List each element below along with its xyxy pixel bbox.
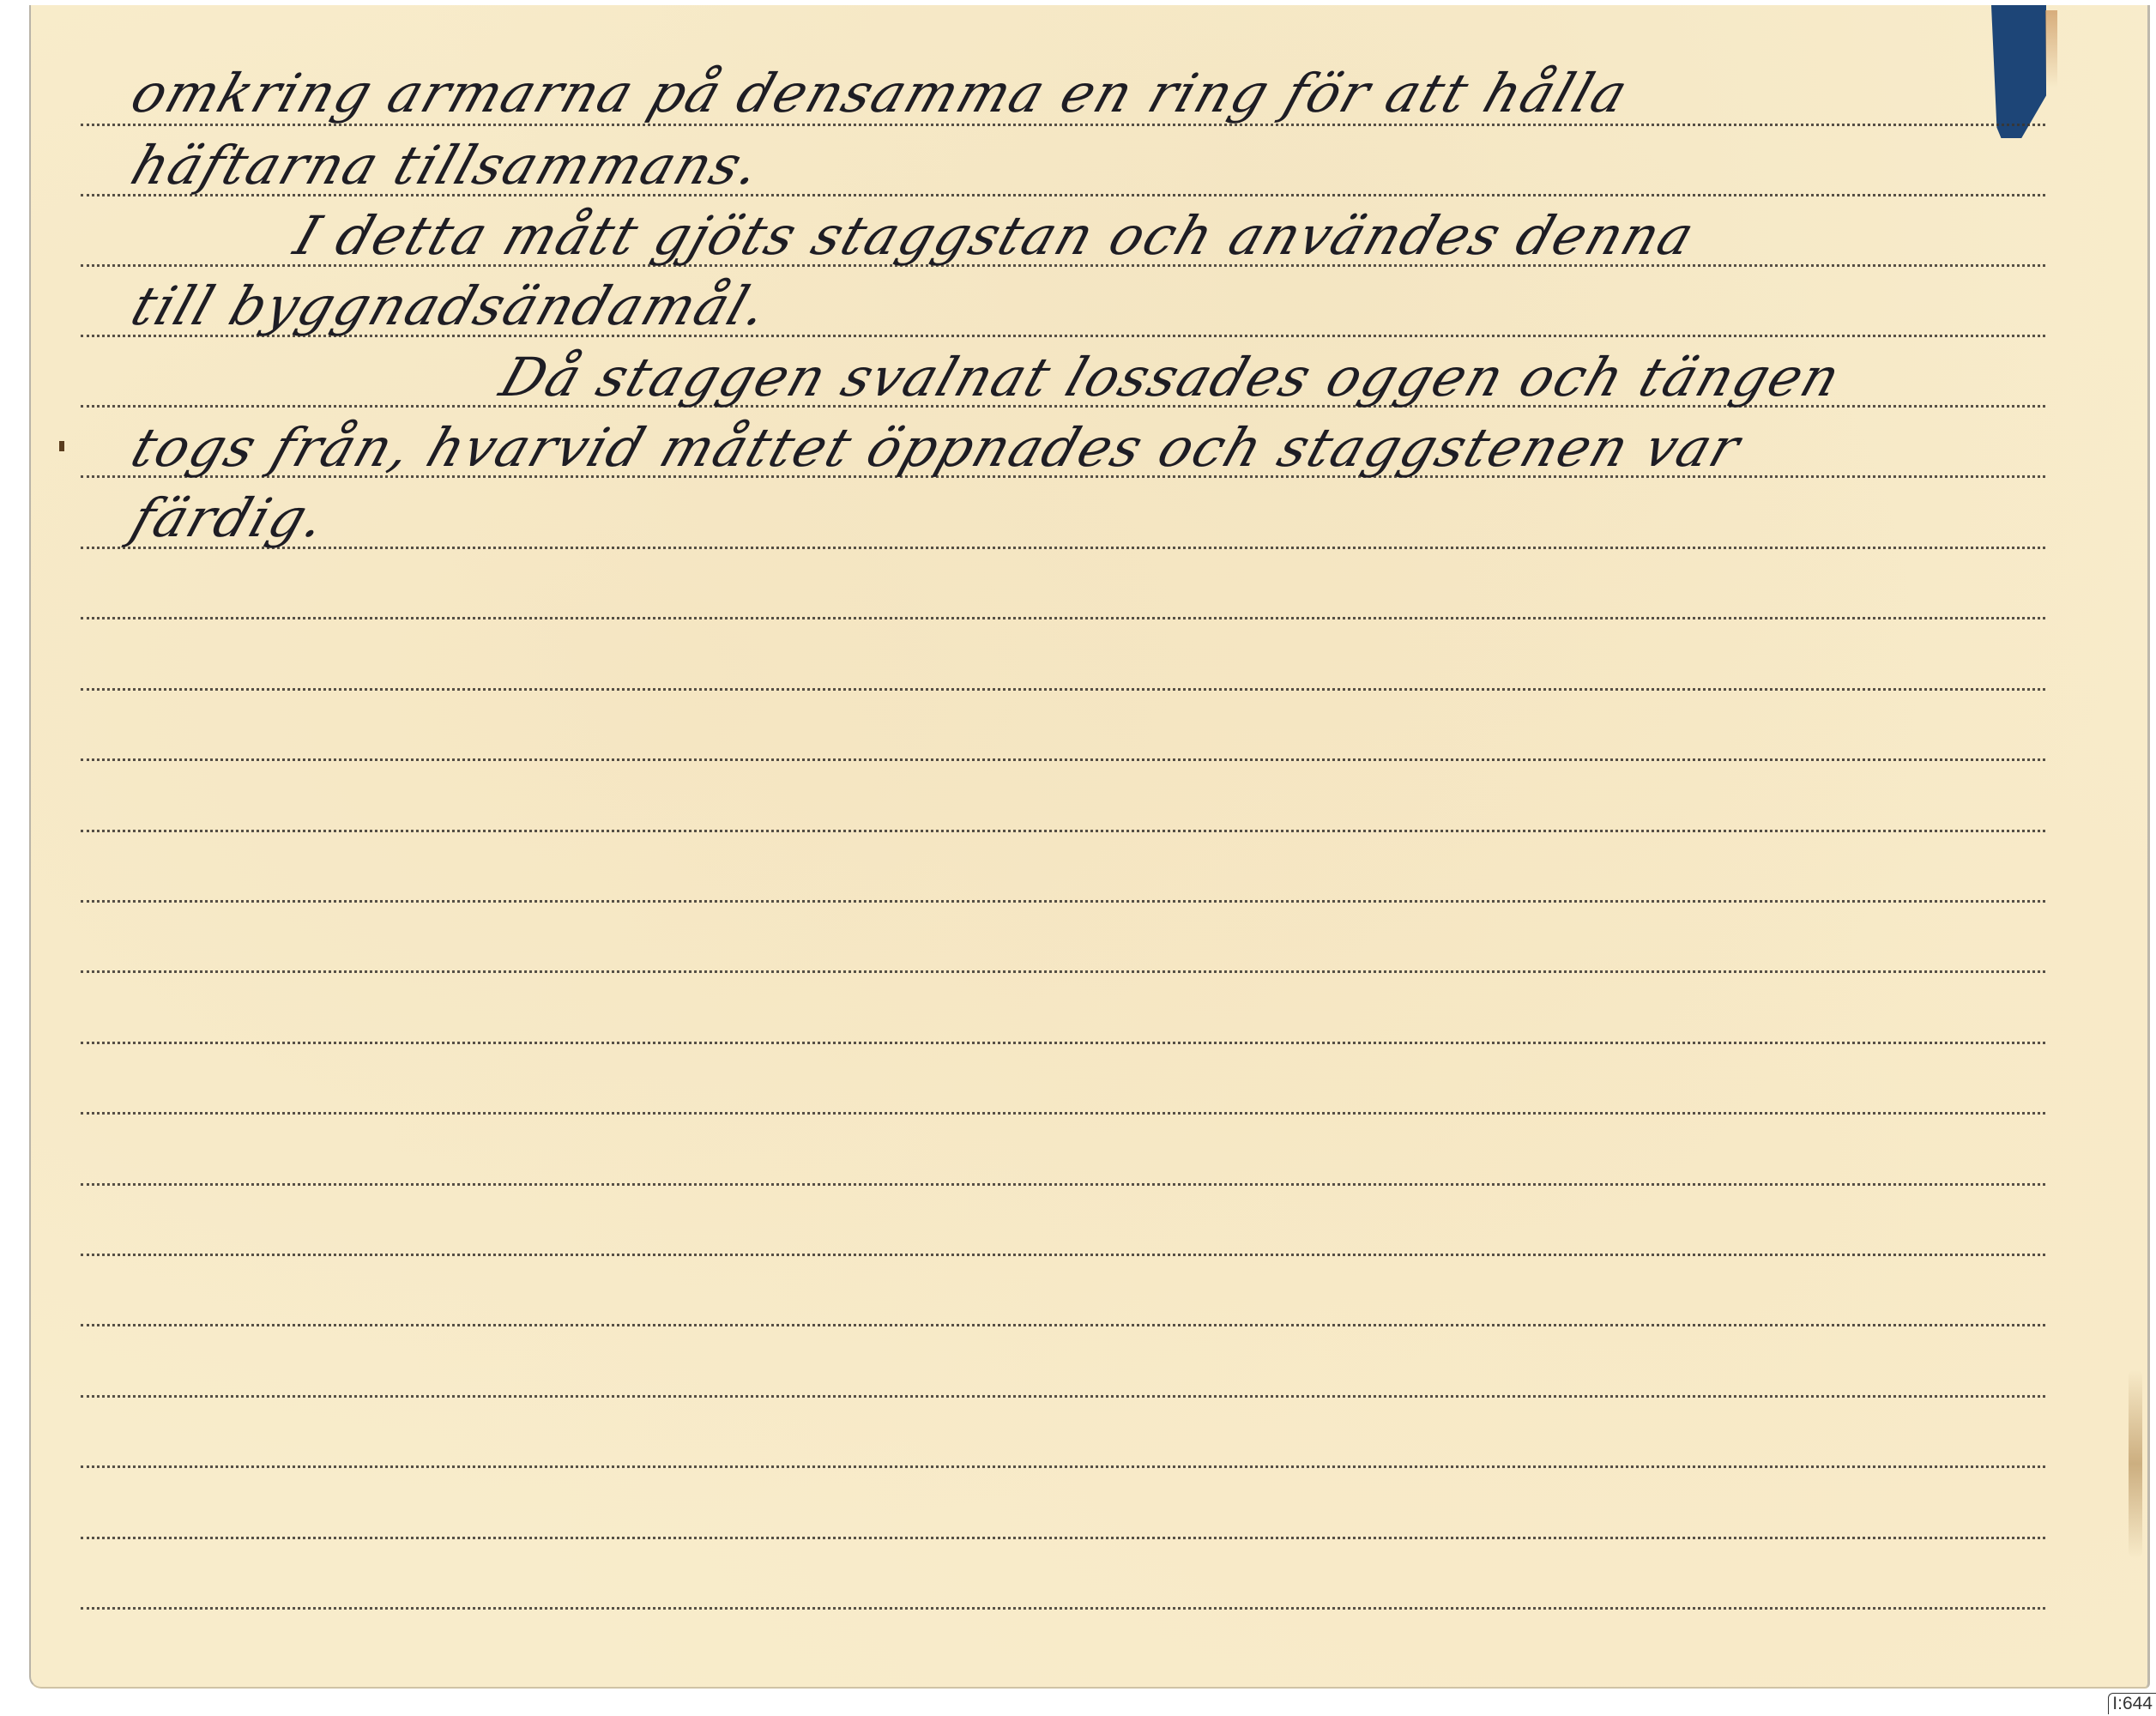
rust-stain — [2045, 10, 2057, 88]
blue-ribbon-tab — [1991, 5, 2046, 138]
handwriting-line-6: togs från, hvarvid måttet öppnades och s… — [125, 421, 1748, 474]
ruled-line — [81, 1607, 2045, 1610]
ruled-line — [81, 688, 2045, 691]
ruled-line — [81, 1183, 2045, 1186]
edge-stain — [2129, 1369, 2142, 1558]
ruled-line — [81, 1042, 2045, 1044]
ruled-line — [81, 970, 2045, 973]
ruled-line — [81, 1324, 2045, 1326]
ruled-line — [81, 830, 2045, 832]
handwriting-line-5: Då staggen svalnat lossades oggen och tä… — [494, 351, 1848, 404]
handwriting-line-2: häftarna tillsammans. — [125, 139, 768, 192]
ruled-line — [81, 758, 2045, 761]
handwriting-line-4: till byggnadsändamål. — [125, 280, 776, 333]
ruled-line — [81, 1395, 2045, 1398]
ruled-line — [81, 900, 2045, 903]
archive-label: I:644 — [2108, 1693, 2156, 1714]
ruled-line — [81, 1465, 2045, 1468]
ruled-line — [81, 1254, 2045, 1256]
handwriting-line-7: färdig. — [125, 492, 334, 545]
ruled-line — [81, 547, 2045, 549]
handwriting-line-1: omkring armarna på densamma en ring för … — [125, 67, 1635, 120]
binding-mark — [59, 441, 64, 451]
ruled-line — [81, 1537, 2045, 1539]
handwriting-line-3: I detta mått gjöts staggstan och använde… — [288, 209, 1701, 263]
ruled-line — [81, 1112, 2045, 1115]
ruled-line — [81, 617, 2045, 619]
document-page: omkring armarna på densamma en ring för … — [29, 5, 2150, 1689]
